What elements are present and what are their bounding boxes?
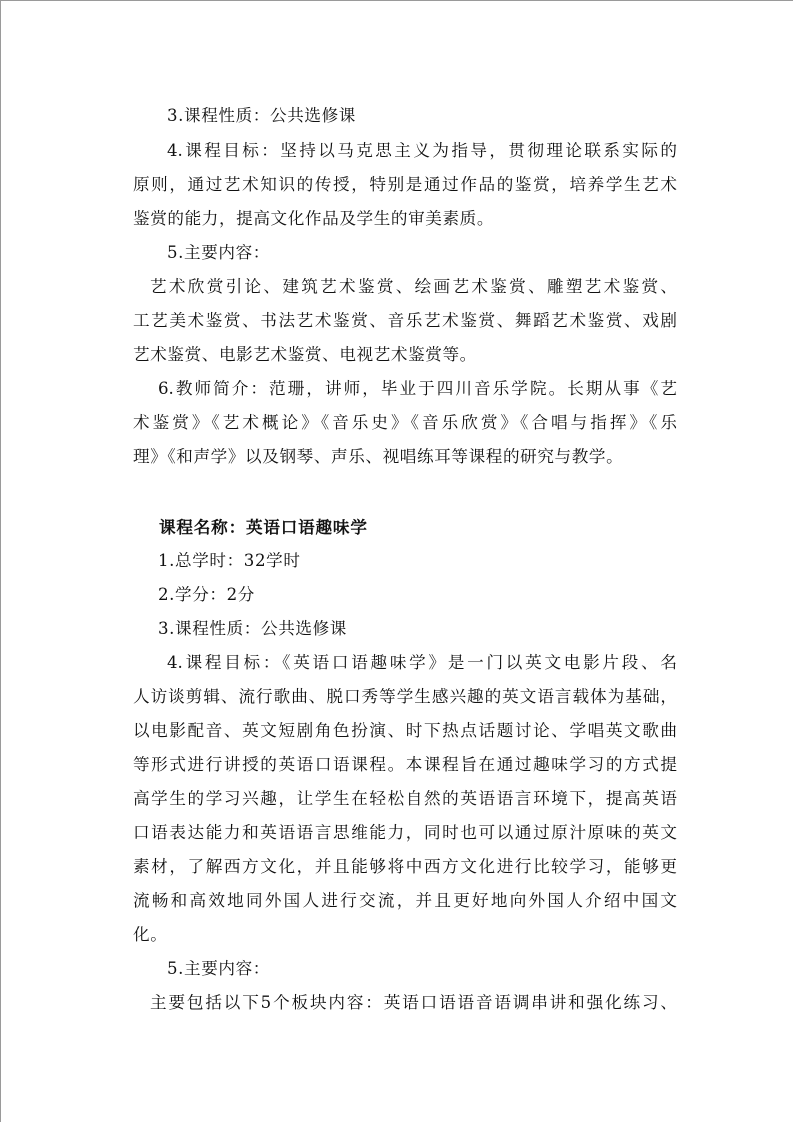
main-content-2-line-1: 主要包括以下5个板块内容：英语口语语音语调串讲和强化练习、 — [150, 993, 677, 1013]
course-objective-line-3: 鉴赏的能力，提高文化作品及学生的审美素质。 — [133, 209, 494, 229]
course-objective-line-1: 4.课程目标：坚持以马克思主义为指导，贯彻理论联系实际的 — [167, 141, 677, 161]
course-objective-2-line-6: 口语表达能力和英语语言思维能力，同时也可以通过原汁原味的英文 — [133, 823, 677, 843]
credits: 2.学分：2分 — [158, 585, 255, 605]
teacher-intro-line-3: 理》《和声学》以及钢琴、声乐、视唱练耳等课程的研究与教学。 — [133, 447, 623, 467]
course-objective-2-line-3: 以电影配音、英文短剧角色扮演、时下热点话题讨论、学唱英文歌曲 — [133, 721, 677, 741]
main-content-2-heading: 5.主要内容： — [167, 959, 270, 979]
course-objective-2-line-5: 高学生的学习兴趣，让学生在轻松自然的英语语言环境下，提高英语 — [133, 789, 677, 809]
total-hours: 1.总学时：32学时 — [158, 551, 301, 571]
course-objective-2-line-8: 流畅和高效地同外国人进行交流，并且更好地向外国人介绍中国文 — [133, 891, 677, 911]
teacher-intro-line-1: 6.教师简介：范珊，讲师，毕业于四川音乐学院。长期从事《艺 — [158, 379, 677, 399]
course-objective-2-line-4: 等形式进行讲授的英语口语课程。本课程旨在通过趣味学习的方式提 — [133, 755, 677, 775]
course-nature: 3.课程性质：公共选修课 — [167, 106, 356, 126]
main-content-line-3: 艺术鉴赏、电影艺术鉴赏、电视艺术鉴赏等。 — [133, 345, 477, 365]
main-content-heading: 5.主要内容： — [167, 243, 270, 263]
main-content-line-2: 工艺美术鉴赏、书法艺术鉴赏、音乐艺术鉴赏、舞蹈艺术鉴赏、戏剧 — [133, 311, 677, 331]
course-title: 课程名称：英语口语趣味学 — [159, 517, 368, 537]
course-objective-2-line-9: 化。 — [133, 925, 167, 945]
course-objective-2-line-7: 素材，了解西方文化，并且能够将中西方文化进行比较学习，能够更 — [133, 857, 677, 877]
course-objective-2-line-2: 人访谈剪辑、流行歌曲、脱口秀等学生感兴趣的英文语言载体为基础， — [133, 687, 677, 707]
course-nature-2: 3.课程性质：公共选修课 — [158, 619, 347, 639]
course-objective-2-line-1: 4.课程目标：《英语口语趣味学》是一门以英文电影片段、名 — [167, 653, 677, 673]
course-objective-line-2: 原则，通过艺术知识的传授，特别是通过作品的鉴赏，培养学生艺术 — [133, 175, 677, 195]
teacher-intro-line-2: 术鉴赏》《艺术概论》《音乐史》《音乐欣赏》《合唱与指挥》《乐 — [133, 413, 677, 433]
main-content-line-1: 艺术欣赏引论、建筑艺术鉴赏、绘画艺术鉴赏、雕塑艺术鉴赏、 — [150, 277, 677, 297]
